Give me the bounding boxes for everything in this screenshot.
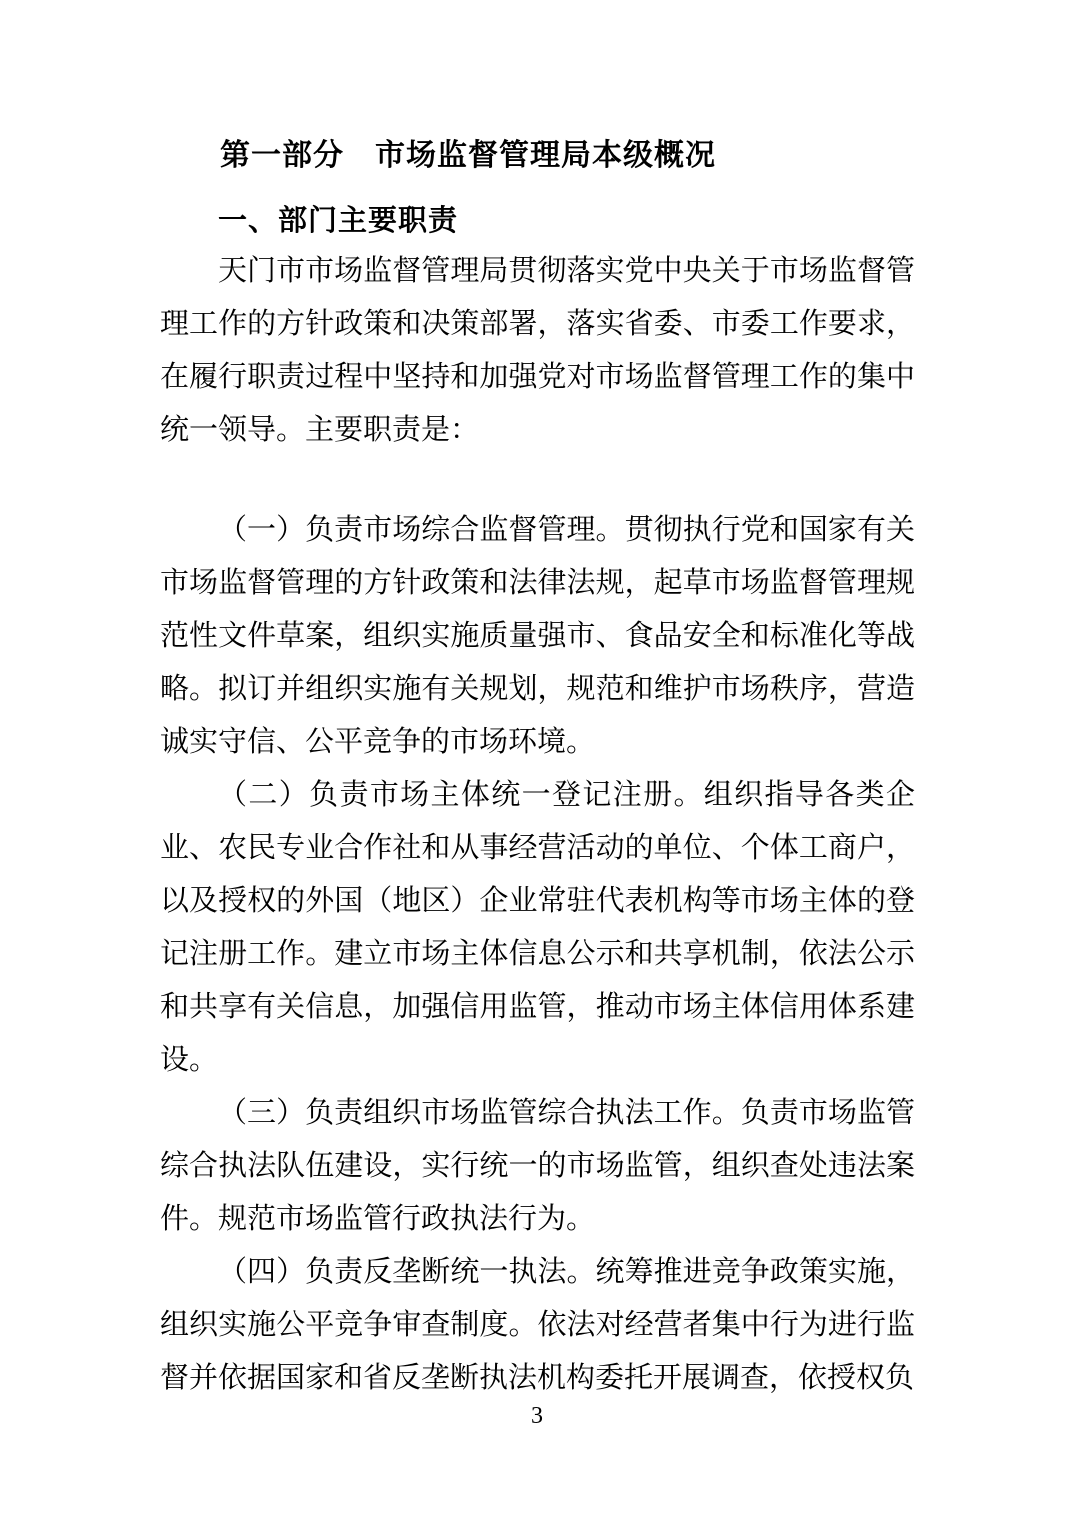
document-page: 第一部分 市场监督管理局本级概况 一、部门主要职责 天门市市场监督管理局贯彻落实… (0, 0, 1074, 1520)
page-number: 3 (0, 1400, 1074, 1432)
paragraph-duty-1: （一）负责市场综合监督管理。贯彻执行党和国家有关市场监督管理的方针政策和法律法规… (160, 504, 915, 769)
body-text: 天门市市场监督管理局贯彻落实党中央关于市场监督管理工作的方针政策和决策部署，落实… (160, 245, 915, 1405)
paragraph-intro: 天门市市场监督管理局贯彻落实党中央关于市场监督管理工作的方针政策和决策部署，落实… (160, 245, 915, 457)
paragraph-duty-4: （四）负责反垄断统一执法。统筹推进竞争政策实施，组织实施公平竞争审查制度。依法对… (160, 1246, 915, 1405)
paragraph-duty-3: （三）负责组织市场监管综合执法工作。负责市场监管综合执法队伍建设，实行统一的市场… (160, 1087, 915, 1246)
section-heading: 一、部门主要职责 (160, 202, 915, 240)
paragraph-duty-2: （二）负责市场主体统一登记注册。组织指导各类企业、农民专业合作社和从事经营活动的… (160, 769, 915, 1087)
part-title: 第一部分 市场监督管理局本级概况 (160, 136, 915, 176)
